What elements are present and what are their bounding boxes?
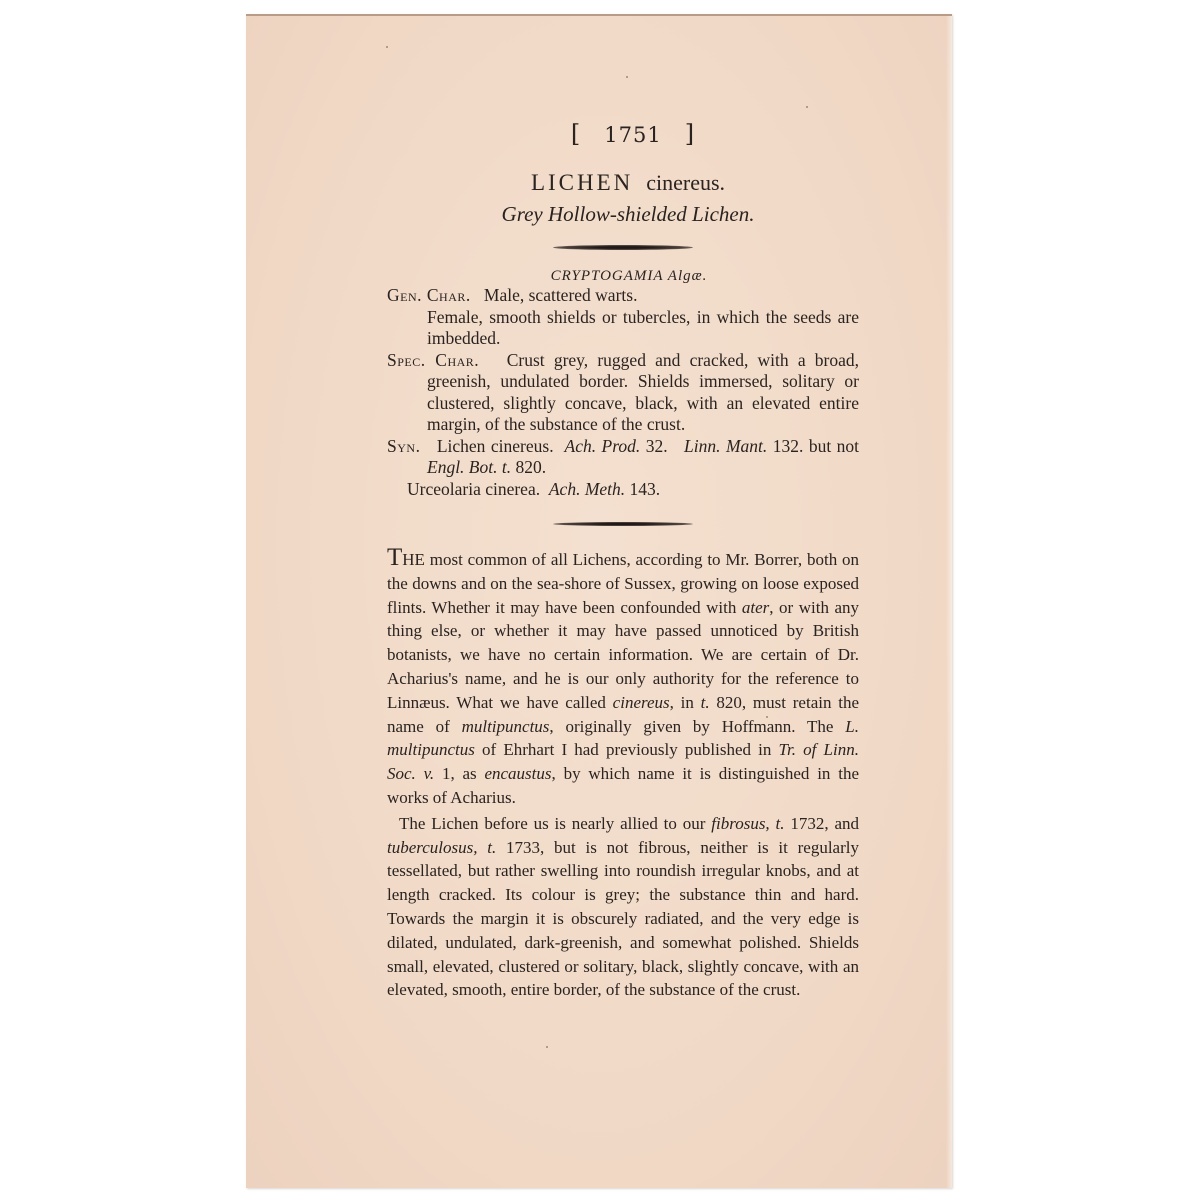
common-name: Grey Hollow-shielded Lichen. [397, 202, 859, 227]
classification: CRYPTOGAMIA Algæ. [399, 268, 859, 285]
syn-reference: Linn. Mant. [684, 436, 767, 456]
syn-label: Syn. [387, 436, 420, 456]
species-title: LICHEN cinereus. [397, 170, 859, 196]
spec-char-label: Spec. Char. [387, 350, 479, 370]
text-run: 1, as [434, 764, 484, 783]
text-run: The Lichen before us is nearly allied to… [399, 814, 711, 833]
page-number: [ 1751 ] [407, 120, 859, 148]
specific-character: Spec. Char. Crust grey, rugged and crack… [387, 350, 859, 436]
gen-char-female: Female, smooth shields or tubercles, in … [427, 307, 859, 349]
syn-reference: Ach. Meth. [549, 479, 625, 499]
paragraph-1: THE most common of all Lichens, accordin… [387, 546, 859, 810]
book-page: [ 1751 ] LICHEN cinereus. Grey Hollow-sh… [246, 14, 952, 1188]
bracket-open: [ [571, 120, 581, 148]
species-epithet: cinereus. [646, 170, 725, 195]
italic-run: ater [742, 598, 769, 617]
drop-cap: T [387, 544, 402, 571]
paper-speck [386, 46, 388, 48]
italic-run: cinereus [613, 693, 670, 712]
syn-ref-number: 32. [646, 436, 668, 456]
syn-reference: Engl. Bot. t. [427, 457, 511, 477]
ornamental-rule [553, 522, 693, 526]
synonym-line-2: Urceolaria cinerea. Ach. Meth. 143. [387, 479, 859, 501]
paper-speck [626, 76, 628, 78]
text-run: of Ehrhart I had previously published in [475, 740, 779, 759]
spec-char-text: Crust grey, rugged and cracked, with a b… [427, 350, 859, 435]
text-run: , in [670, 693, 701, 712]
generic-character-female: Female, smooth shields or tubercles, in … [387, 307, 859, 350]
syn-ref-number: 820. [515, 457, 546, 477]
description-body: THE most common of all Lichens, accordin… [387, 546, 859, 1002]
italic-run: fibrosus, t. [711, 814, 784, 833]
synonym-line-1: Syn. Lichen cinereus. Ach. Prod. 32. Lin… [387, 436, 859, 479]
page-content: [ 1751 ] LICHEN cinereus. Grey Hollow-sh… [387, 120, 859, 1002]
characters-block: Gen. Char. Male, scattered warts. Female… [387, 285, 859, 500]
italic-run: encaustus [484, 764, 551, 783]
text-run: , originally given by Hoffmann. The [549, 717, 845, 736]
bracket-close: ] [685, 120, 695, 148]
syn-ref-number: 132. but not [773, 436, 859, 456]
paper-speck [546, 1046, 548, 1048]
gen-char-label: Gen. Char. [387, 285, 471, 305]
text-run: 1733, but is not fibrous, neither is it … [387, 838, 859, 1000]
syn-name: Urceolaria cinerea. [407, 479, 540, 499]
text-run: 1732, and [785, 814, 860, 833]
page-number-value: 1751 [604, 123, 661, 147]
gen-char-male: Male, scattered warts. [484, 285, 638, 305]
paragraph-2: The Lichen before us is nearly allied to… [387, 812, 859, 1002]
italic-run: tuberculosus, t. [387, 838, 496, 857]
syn-ref-number: 143. [630, 479, 661, 499]
ornamental-rule [553, 245, 693, 250]
genus-name: LICHEN [531, 170, 633, 195]
syn-name: Lichen cinereus. [437, 436, 554, 456]
generic-character: Gen. Char. Male, scattered warts. [387, 285, 859, 307]
syn-reference: Ach. Prod. [565, 436, 641, 456]
italic-run: multipunctus [462, 717, 550, 736]
paper-speck [806, 106, 808, 108]
italic-run: t. [701, 693, 710, 712]
